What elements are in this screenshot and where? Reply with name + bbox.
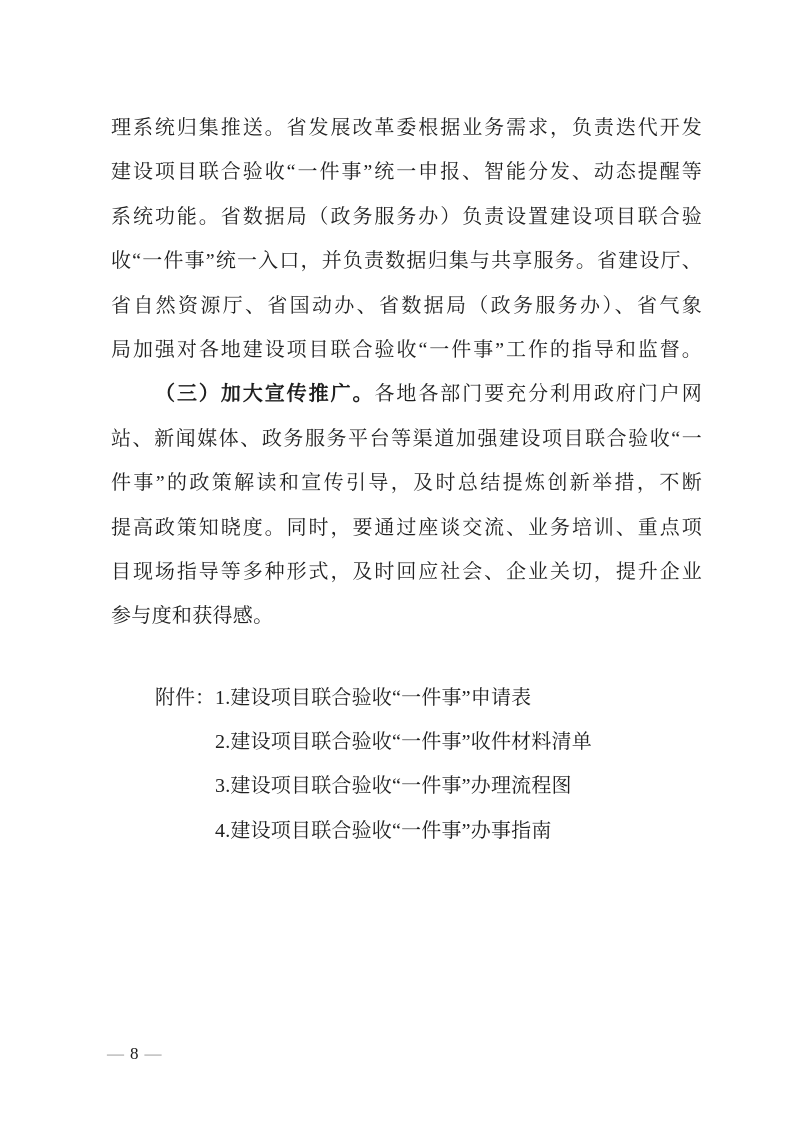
body-text-line: 站、新闻媒体、政务服务平台等渠道加强建设项目联合验收“一 bbox=[111, 417, 702, 461]
body-text-line: 收“一件事”统一入口，并负责数据归集与共享服务。省建设厅、 bbox=[111, 239, 702, 283]
document-body: 理系统归集推送。省发展改革委根据业务需求，负责迭代开发 建设项目联合验收“一件事… bbox=[111, 106, 702, 853]
attachment-list-item: 3.建设项目联合验收“一件事”办理流程图 bbox=[215, 764, 702, 808]
attachments-section: 附件： 1.建设项目联合验收“一件事”申请表 2.建设项目联合验收“一件事”收件… bbox=[111, 676, 702, 854]
body-text-line: 省自然资源厅、省国动办、省数据局（政务服务办）、省气象 bbox=[111, 284, 702, 328]
page-number-dash-right: — bbox=[145, 1044, 162, 1063]
body-text-line: 件事”的政策解读和宣传引导，及时总结提炼创新举措，不断 bbox=[111, 461, 702, 505]
body-text-line: （三）加大宣传推广。各地各部门要充分利用政府门户网 bbox=[111, 372, 702, 416]
document-page: 理系统归集推送。省发展改革委根据业务需求，负责迭代开发 建设项目联合验收“一件事… bbox=[0, 0, 800, 1131]
section-heading: （三）加大宣传推广。 bbox=[155, 383, 374, 405]
attachment-list: 1.建设项目联合验收“一件事”申请表 2.建设项目联合验收“一件事”收件材料清单… bbox=[215, 676, 702, 854]
page-number: —8— bbox=[107, 1042, 162, 1066]
page-number-value: 8 bbox=[130, 1044, 139, 1063]
body-text-line: 建设项目联合验收“一件事”统一申报、智能分发、动态提醒等 bbox=[111, 150, 702, 194]
body-text-line: 目现场指导等多种形式，及时回应社会、企业关切，提升企业 bbox=[111, 550, 702, 594]
attachment-list-item: 4.建设项目联合验收“一件事”办事指南 bbox=[215, 809, 702, 853]
body-text-line: 系统功能。省数据局（政务服务办）负责设置建设项目联合验 bbox=[111, 195, 702, 239]
body-text-line: 理系统归集推送。省发展改革委根据业务需求，负责迭代开发 bbox=[111, 106, 702, 150]
page-number-dash-left: — bbox=[107, 1044, 124, 1063]
attachments-label: 附件： bbox=[155, 676, 215, 720]
body-text-line: 参与度和获得感。 bbox=[111, 594, 702, 638]
body-text-line: 提高政策知晓度。同时，要通过座谈交流、业务培训、重点项 bbox=[111, 506, 702, 550]
body-text: 各地各部门要充分利用政府门户网 bbox=[374, 383, 702, 405]
attachment-list-item: 2.建设项目联合验收“一件事”收件材料清单 bbox=[215, 720, 702, 764]
body-text-line: 局加强对各地建设项目联合验收“一件事”工作的指导和监督。 bbox=[111, 328, 702, 372]
attachment-list-item: 1.建设项目联合验收“一件事”申请表 bbox=[215, 676, 702, 720]
